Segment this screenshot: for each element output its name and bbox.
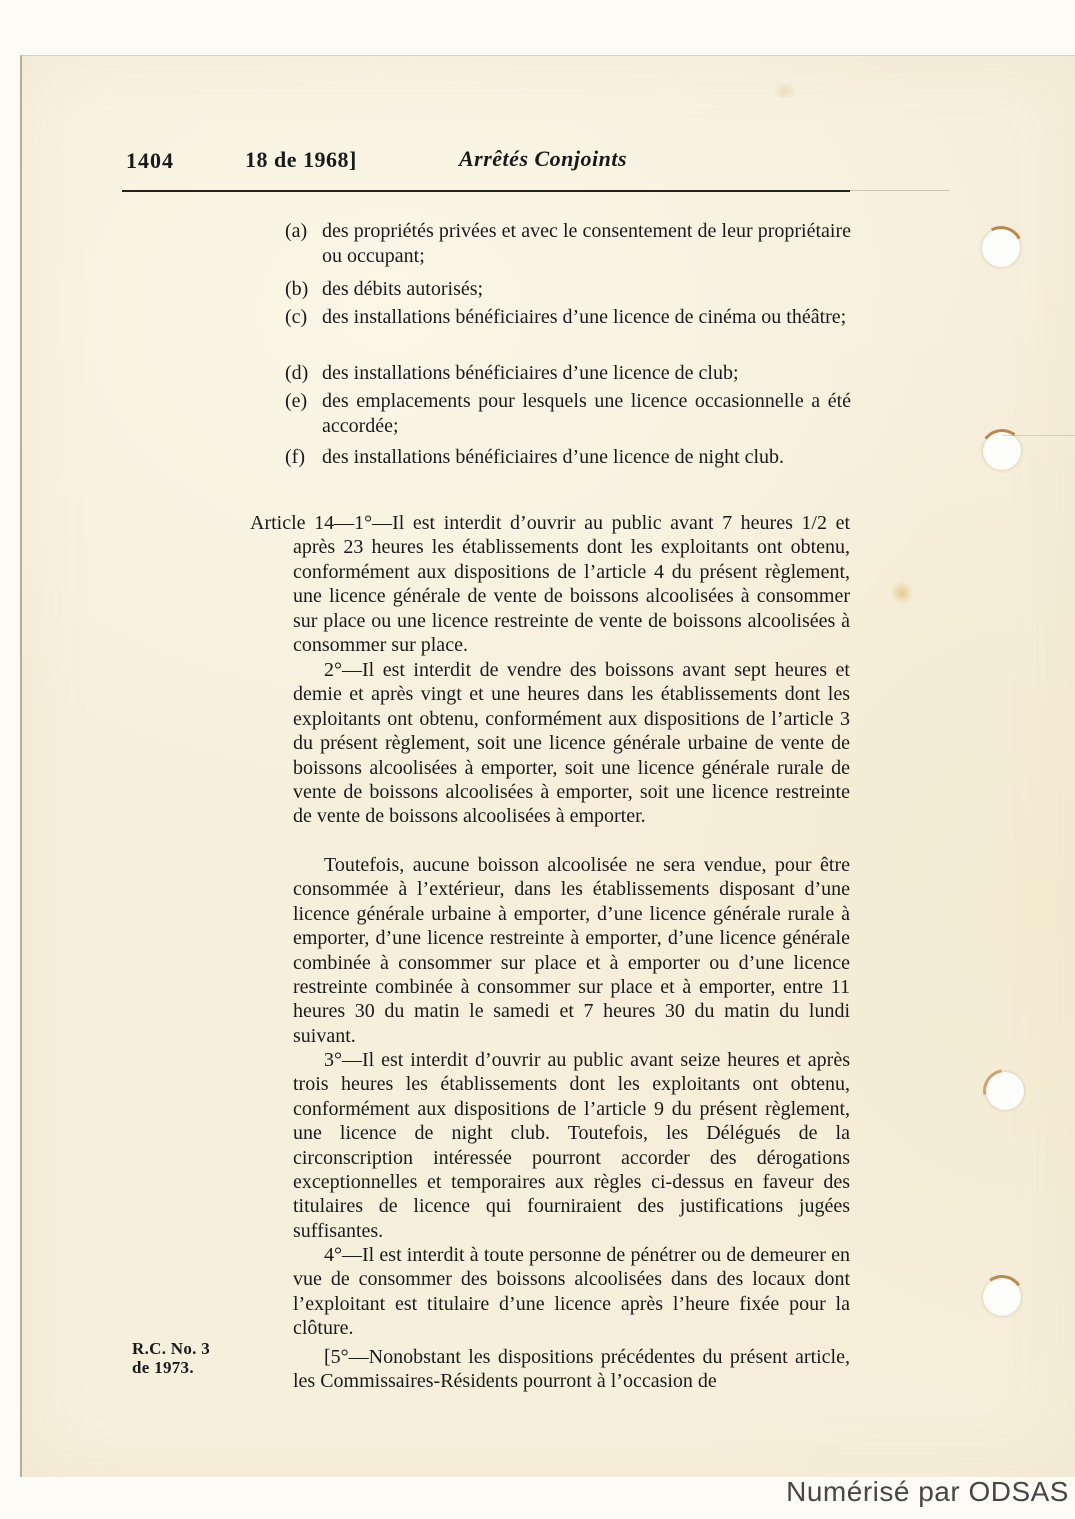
list-item-label: (b) (285, 277, 308, 302)
list-item-d: (d) des installations bénéficiaires d’un… (285, 361, 851, 386)
list-item-label: (c) (285, 305, 307, 330)
paragraph-5deg: [5°—Nonobstant les dispositions précéden… (293, 1345, 850, 1394)
list-item-b: (b) des débits autorisés; (285, 277, 851, 302)
list-item-text: des débits autorisés; (322, 277, 851, 302)
paper-stain (770, 84, 800, 98)
paragraph-4deg: 4°—Il est interdit à toute personne de p… (293, 1243, 850, 1341)
list-item-e: (e) des emplacements pour lesquels une l… (285, 389, 851, 438)
punch-hole (986, 1072, 1024, 1110)
scanned-document-page: 1404 18 de 1968] Arrêtés Conjoints (a) d… (0, 0, 1075, 1519)
margin-note-line: de 1973. (132, 1358, 210, 1377)
list-item-text: des installations bénéficiaires d’une li… (322, 305, 851, 330)
issue-reference: 18 de 1968] (245, 147, 357, 173)
paragraph-3deg: 3°—Il est interdit d’ouvrir au public av… (293, 1048, 850, 1243)
paper-sheet: 1404 18 de 1968] Arrêtés Conjoints (a) d… (20, 55, 1075, 1477)
punch-hole (983, 1278, 1021, 1316)
list-item-f: (f) des installations bénéficiaires d’un… (285, 445, 851, 470)
paper-stain (890, 582, 914, 604)
list-item-a: (a) des propriétés privées et avec le co… (285, 219, 851, 268)
punch-hole (983, 432, 1021, 470)
list-item-label: (d) (285, 361, 308, 386)
article-14-lead-paragraph: Article 14—1°—Il est interdit d’ouvrir a… (293, 511, 850, 657)
page-title: Arrêtés Conjoints (459, 146, 627, 172)
margin-note-line: R.C. No. 3 (132, 1339, 210, 1358)
list-item-c: (c) des installations bénéficiaires d’un… (285, 305, 851, 330)
scan-artifact-line (1002, 435, 1075, 436)
digitization-watermark: Numérisé par ODSAS (786, 1476, 1069, 1508)
punch-hole (982, 229, 1020, 267)
list-item-text: des propriétés privées et avec le consen… (322, 219, 851, 268)
list-item-text: des installations bénéficiaires d’une li… (322, 445, 851, 470)
list-item-text: des installations bénéficiaires d’une li… (322, 361, 851, 386)
paragraph-2deg: 2°—Il est interdit de vendre des boisson… (293, 658, 850, 829)
margin-note-rc-reference: R.C. No. 3 de 1973. (132, 1339, 210, 1377)
list-item-label: (f) (285, 445, 305, 470)
list-item-label: (e) (285, 389, 307, 414)
list-item-label: (a) (285, 219, 307, 244)
header-rule (122, 190, 850, 192)
list-item-text: des emplacements pour lesquels une licen… (322, 389, 851, 438)
paragraph-toutefois: Toutefois, aucune boisson alcoolisée ne … (293, 853, 850, 1048)
header-rule-faint-extension (850, 190, 950, 191)
page-number: 1404 (126, 148, 174, 174)
